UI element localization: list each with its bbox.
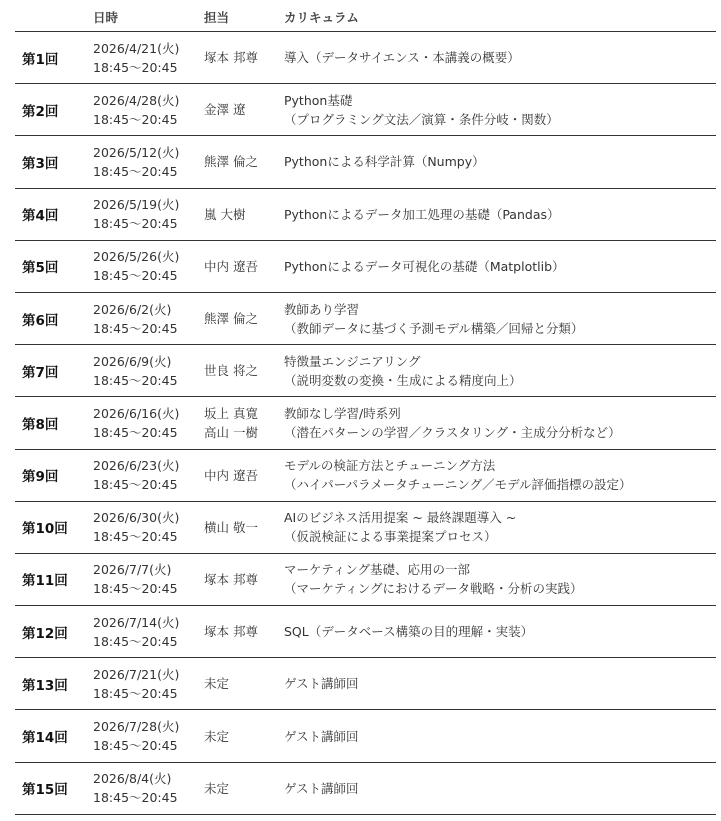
session-curriculum: Pythonによるデータ可視化の基礎（Matplotlib） bbox=[284, 241, 565, 292]
session-curriculum: Python基礎（プログラミング文法／演算・条件分岐・関数） bbox=[284, 84, 559, 135]
curriculum-line: モデルの検証方法とチューニング方法 bbox=[284, 456, 632, 475]
session-curriculum: Pythonによるデータ加工処理の基礎（Pandas） bbox=[284, 189, 560, 240]
curriculum-line: 教師あり学習 bbox=[284, 300, 583, 319]
curriculum-line: SQL（データベース構築の目的理解・実装） bbox=[284, 622, 533, 641]
table-row: 第13回2026/7/21(火)18:45〜20:45未定ゲスト講師回 bbox=[15, 658, 716, 710]
session-teacher: 未定 bbox=[204, 710, 229, 761]
session-time: 18:45〜20:45 bbox=[93, 110, 179, 129]
curriculum-line: （仮説検証による事業提案プロセス） bbox=[284, 527, 516, 546]
session-datetime: 2026/4/21(火)18:45〜20:45 bbox=[93, 32, 179, 83]
curriculum-line: 導入（データサイエンス・本講義の概要） bbox=[284, 48, 520, 67]
session-curriculum: モデルの検証方法とチューニング方法（ハイパーパラメータチューニング／モデル評価指… bbox=[284, 450, 632, 501]
teacher-name: 中内 遼吾 bbox=[204, 466, 258, 485]
session-date: 2026/6/2(火) bbox=[93, 300, 178, 319]
table-row: 第14回2026/7/28(火)18:45〜20:45未定ゲスト講師回 bbox=[15, 710, 716, 762]
teacher-name: 熊澤 倫之 bbox=[204, 309, 258, 328]
session-datetime: 2026/6/30(火)18:45〜20:45 bbox=[93, 502, 179, 553]
session-curriculum: 特徴量エンジニアリング（説明変数の変換・生成による精度向上） bbox=[284, 345, 522, 396]
curriculum-line: Python基礎 bbox=[284, 91, 559, 110]
session-time: 18:45〜20:45 bbox=[93, 736, 179, 755]
session-teacher: 金澤 遼 bbox=[204, 84, 245, 135]
header-curriculum: カリキュラム bbox=[284, 8, 359, 26]
session-number: 第14回 bbox=[22, 710, 68, 761]
session-teacher: 中内 遼吾 bbox=[204, 241, 258, 292]
session-date: 2026/5/19(火) bbox=[93, 195, 179, 214]
session-teacher: 熊澤 倫之 bbox=[204, 293, 258, 344]
session-number: 第2回 bbox=[22, 84, 58, 135]
table-row: 第1回2026/4/21(火)18:45〜20:45塚本 邦尊導入（データサイエ… bbox=[15, 32, 716, 84]
session-curriculum: Pythonによる科学計算（Numpy） bbox=[284, 136, 485, 187]
session-teacher: 塚本 邦尊 bbox=[204, 32, 258, 83]
session-date: 2026/6/30(火) bbox=[93, 508, 179, 527]
teacher-name: 未定 bbox=[204, 779, 229, 798]
session-teacher: 横山 敬一 bbox=[204, 502, 258, 553]
table-row: 第12回2026/7/14(火)18:45〜20:45塚本 邦尊SQL（データベ… bbox=[15, 606, 716, 658]
session-number: 第13回 bbox=[22, 658, 68, 709]
session-date: 2026/5/12(火) bbox=[93, 143, 179, 162]
session-number: 第6回 bbox=[22, 293, 58, 344]
teacher-name: 坂上 真寛 bbox=[204, 404, 258, 423]
teacher-name: 未定 bbox=[204, 727, 229, 746]
session-curriculum: SQL（データベース構築の目的理解・実装） bbox=[284, 606, 533, 657]
session-time: 18:45〜20:45 bbox=[93, 527, 179, 546]
session-curriculum: ゲスト講師回 bbox=[284, 658, 359, 709]
session-date: 2026/4/28(火) bbox=[93, 91, 179, 110]
session-number: 第8回 bbox=[22, 397, 58, 448]
session-number: 第1回 bbox=[22, 32, 58, 83]
header-teacher: 担当 bbox=[204, 8, 229, 26]
session-date: 2026/5/26(火) bbox=[93, 247, 179, 266]
session-teacher: 嵐 大樹 bbox=[204, 189, 245, 240]
curriculum-line: （説明変数の変換・生成による精度向上） bbox=[284, 371, 522, 390]
table-row: 第8回2026/6/16(火)18:45〜20:45坂上 真寛高山 一樹教師なし… bbox=[15, 397, 716, 449]
table-row: 第7回2026/6/9(火)18:45〜20:45世良 将之特徴量エンジニアリン… bbox=[15, 345, 716, 397]
session-datetime: 2026/7/21(火)18:45〜20:45 bbox=[93, 658, 179, 709]
session-datetime: 2026/7/14(火)18:45〜20:45 bbox=[93, 606, 179, 657]
session-time: 18:45〜20:45 bbox=[93, 684, 179, 703]
session-curriculum: 教師なし学習/時系列（潜在パターンの学習／クラスタリング・主成分分析など） bbox=[284, 397, 621, 448]
session-time: 18:45〜20:45 bbox=[93, 162, 179, 181]
session-number: 第10回 bbox=[22, 502, 68, 553]
curriculum-line: Pythonによるデータ加工処理の基礎（Pandas） bbox=[284, 205, 560, 224]
table-row: 第5回2026/5/26(火)18:45〜20:45中内 遼吾Pythonによる… bbox=[15, 241, 716, 293]
curriculum-line: （潜在パターンの学習／クラスタリング・主成分分析など） bbox=[284, 423, 621, 442]
table-header: 日時 担当 カリキュラム bbox=[15, 0, 716, 32]
teacher-name: 高山 一樹 bbox=[204, 423, 258, 442]
session-number: 第9回 bbox=[22, 450, 58, 501]
table-body: 第1回2026/4/21(火)18:45〜20:45塚本 邦尊導入（データサイエ… bbox=[15, 32, 716, 815]
table-row: 第10回2026/6/30(火)18:45〜20:45横山 敬一AIのビジネス活… bbox=[15, 502, 716, 554]
curriculum-line: 特徴量エンジニアリング bbox=[284, 352, 522, 371]
session-number: 第4回 bbox=[22, 189, 58, 240]
table-row: 第9回2026/6/23(火)18:45〜20:45中内 遼吾モデルの検証方法と… bbox=[15, 450, 716, 502]
session-datetime: 2026/6/23(火)18:45〜20:45 bbox=[93, 450, 179, 501]
curriculum-line: AIのビジネス活用提案 ~ 最終課題導入 ~ bbox=[284, 508, 516, 527]
session-date: 2026/4/21(火) bbox=[93, 39, 179, 58]
session-date: 2026/7/7(火) bbox=[93, 560, 178, 579]
session-date: 2026/6/16(火) bbox=[93, 404, 179, 423]
session-time: 18:45〜20:45 bbox=[93, 371, 178, 390]
session-number: 第15回 bbox=[22, 763, 68, 814]
session-number: 第5回 bbox=[22, 241, 58, 292]
curriculum-line: ゲスト講師回 bbox=[284, 779, 359, 798]
session-time: 18:45〜20:45 bbox=[93, 579, 178, 598]
teacher-name: 横山 敬一 bbox=[204, 518, 258, 537]
schedule-table: 日時 担当 カリキュラム 第1回2026/4/21(火)18:45〜20:45塚… bbox=[15, 0, 716, 815]
table-row: 第4回2026/5/19(火)18:45〜20:45嵐 大樹Pythonによるデ… bbox=[15, 189, 716, 241]
session-curriculum: 導入（データサイエンス・本講義の概要） bbox=[284, 32, 520, 83]
session-datetime: 2026/7/7(火)18:45〜20:45 bbox=[93, 554, 178, 605]
teacher-name: 塚本 邦尊 bbox=[204, 48, 258, 67]
session-teacher: 塚本 邦尊 bbox=[204, 554, 258, 605]
session-curriculum: マーケティング基礎、応用の一部（マーケティングにおけるデータ戦略・分析の実践） bbox=[284, 554, 583, 605]
curriculum-line: （マーケティングにおけるデータ戦略・分析の実践） bbox=[284, 579, 583, 598]
session-datetime: 2026/6/2(火)18:45〜20:45 bbox=[93, 293, 178, 344]
curriculum-line: Pythonによる科学計算（Numpy） bbox=[284, 152, 485, 171]
session-number: 第11回 bbox=[22, 554, 68, 605]
session-date: 2026/7/14(火) bbox=[93, 613, 179, 632]
session-number: 第7回 bbox=[22, 345, 58, 396]
session-datetime: 2026/7/28(火)18:45〜20:45 bbox=[93, 710, 179, 761]
session-time: 18:45〜20:45 bbox=[93, 423, 179, 442]
session-time: 18:45〜20:45 bbox=[93, 58, 179, 77]
table-row: 第6回2026/6/2(火)18:45〜20:45熊澤 倫之教師あり学習（教師デ… bbox=[15, 293, 716, 345]
curriculum-line: Pythonによるデータ可視化の基礎（Matplotlib） bbox=[284, 257, 565, 276]
session-time: 18:45〜20:45 bbox=[93, 788, 178, 807]
session-datetime: 2026/6/9(火)18:45〜20:45 bbox=[93, 345, 178, 396]
table-row: 第2回2026/4/28(火)18:45〜20:45金澤 遼Python基礎（プ… bbox=[15, 84, 716, 136]
curriculum-line: ゲスト講師回 bbox=[284, 674, 359, 693]
session-time: 18:45〜20:45 bbox=[93, 266, 179, 285]
teacher-name: 未定 bbox=[204, 674, 229, 693]
curriculum-line: 教師なし学習/時系列 bbox=[284, 404, 621, 423]
session-time: 18:45〜20:45 bbox=[93, 475, 179, 494]
teacher-name: 塚本 邦尊 bbox=[204, 570, 258, 589]
teacher-name: 嵐 大樹 bbox=[204, 205, 245, 224]
session-curriculum: 教師あり学習（教師データに基づく予測モデル構築／回帰と分類） bbox=[284, 293, 583, 344]
session-datetime: 2026/5/26(火)18:45〜20:45 bbox=[93, 241, 179, 292]
teacher-name: 金澤 遼 bbox=[204, 100, 245, 119]
curriculum-line: （教師データに基づく予測モデル構築／回帰と分類） bbox=[284, 319, 583, 338]
teacher-name: 塚本 邦尊 bbox=[204, 622, 258, 641]
teacher-name: 世良 将之 bbox=[204, 361, 258, 380]
session-datetime: 2026/5/12(火)18:45〜20:45 bbox=[93, 136, 179, 187]
session-date: 2026/6/23(火) bbox=[93, 456, 179, 475]
session-datetime: 2026/6/16(火)18:45〜20:45 bbox=[93, 397, 179, 448]
session-date: 2026/6/9(火) bbox=[93, 352, 178, 371]
teacher-name: 熊澤 倫之 bbox=[204, 152, 258, 171]
session-date: 2026/8/4(火) bbox=[93, 769, 178, 788]
curriculum-line: ゲスト講師回 bbox=[284, 727, 359, 746]
session-teacher: 塚本 邦尊 bbox=[204, 606, 258, 657]
session-curriculum: AIのビジネス活用提案 ~ 最終課題導入 ~（仮説検証による事業提案プロセス） bbox=[284, 502, 516, 553]
session-time: 18:45〜20:45 bbox=[93, 319, 178, 338]
teacher-name: 中内 遼吾 bbox=[204, 257, 258, 276]
session-curriculum: ゲスト講師回 bbox=[284, 763, 359, 814]
session-teacher: 中内 遼吾 bbox=[204, 450, 258, 501]
session-teacher: 未定 bbox=[204, 658, 229, 709]
session-number: 第12回 bbox=[22, 606, 68, 657]
table-row: 第11回2026/7/7(火)18:45〜20:45塚本 邦尊マーケティング基礎… bbox=[15, 554, 716, 606]
table-row: 第15回2026/8/4(火)18:45〜20:45未定ゲスト講師回 bbox=[15, 763, 716, 815]
session-number: 第3回 bbox=[22, 136, 58, 187]
session-teacher: 世良 将之 bbox=[204, 345, 258, 396]
curriculum-line: （ハイパーパラメータチューニング／モデル評価指標の設定） bbox=[284, 475, 632, 494]
header-date: 日時 bbox=[93, 8, 118, 26]
session-datetime: 2026/4/28(火)18:45〜20:45 bbox=[93, 84, 179, 135]
session-time: 18:45〜20:45 bbox=[93, 214, 179, 233]
session-teacher: 坂上 真寛高山 一樹 bbox=[204, 397, 258, 448]
session-curriculum: ゲスト講師回 bbox=[284, 710, 359, 761]
session-date: 2026/7/21(火) bbox=[93, 665, 179, 684]
curriculum-line: マーケティング基礎、応用の一部 bbox=[284, 560, 583, 579]
session-datetime: 2026/8/4(火)18:45〜20:45 bbox=[93, 763, 178, 814]
session-teacher: 未定 bbox=[204, 763, 229, 814]
session-teacher: 熊澤 倫之 bbox=[204, 136, 258, 187]
session-datetime: 2026/5/19(火)18:45〜20:45 bbox=[93, 189, 179, 240]
table-row: 第3回2026/5/12(火)18:45〜20:45熊澤 倫之Pythonによる… bbox=[15, 136, 716, 188]
session-date: 2026/7/28(火) bbox=[93, 717, 179, 736]
session-time: 18:45〜20:45 bbox=[93, 632, 179, 651]
curriculum-line: （プログラミング文法／演算・条件分岐・関数） bbox=[284, 110, 559, 129]
